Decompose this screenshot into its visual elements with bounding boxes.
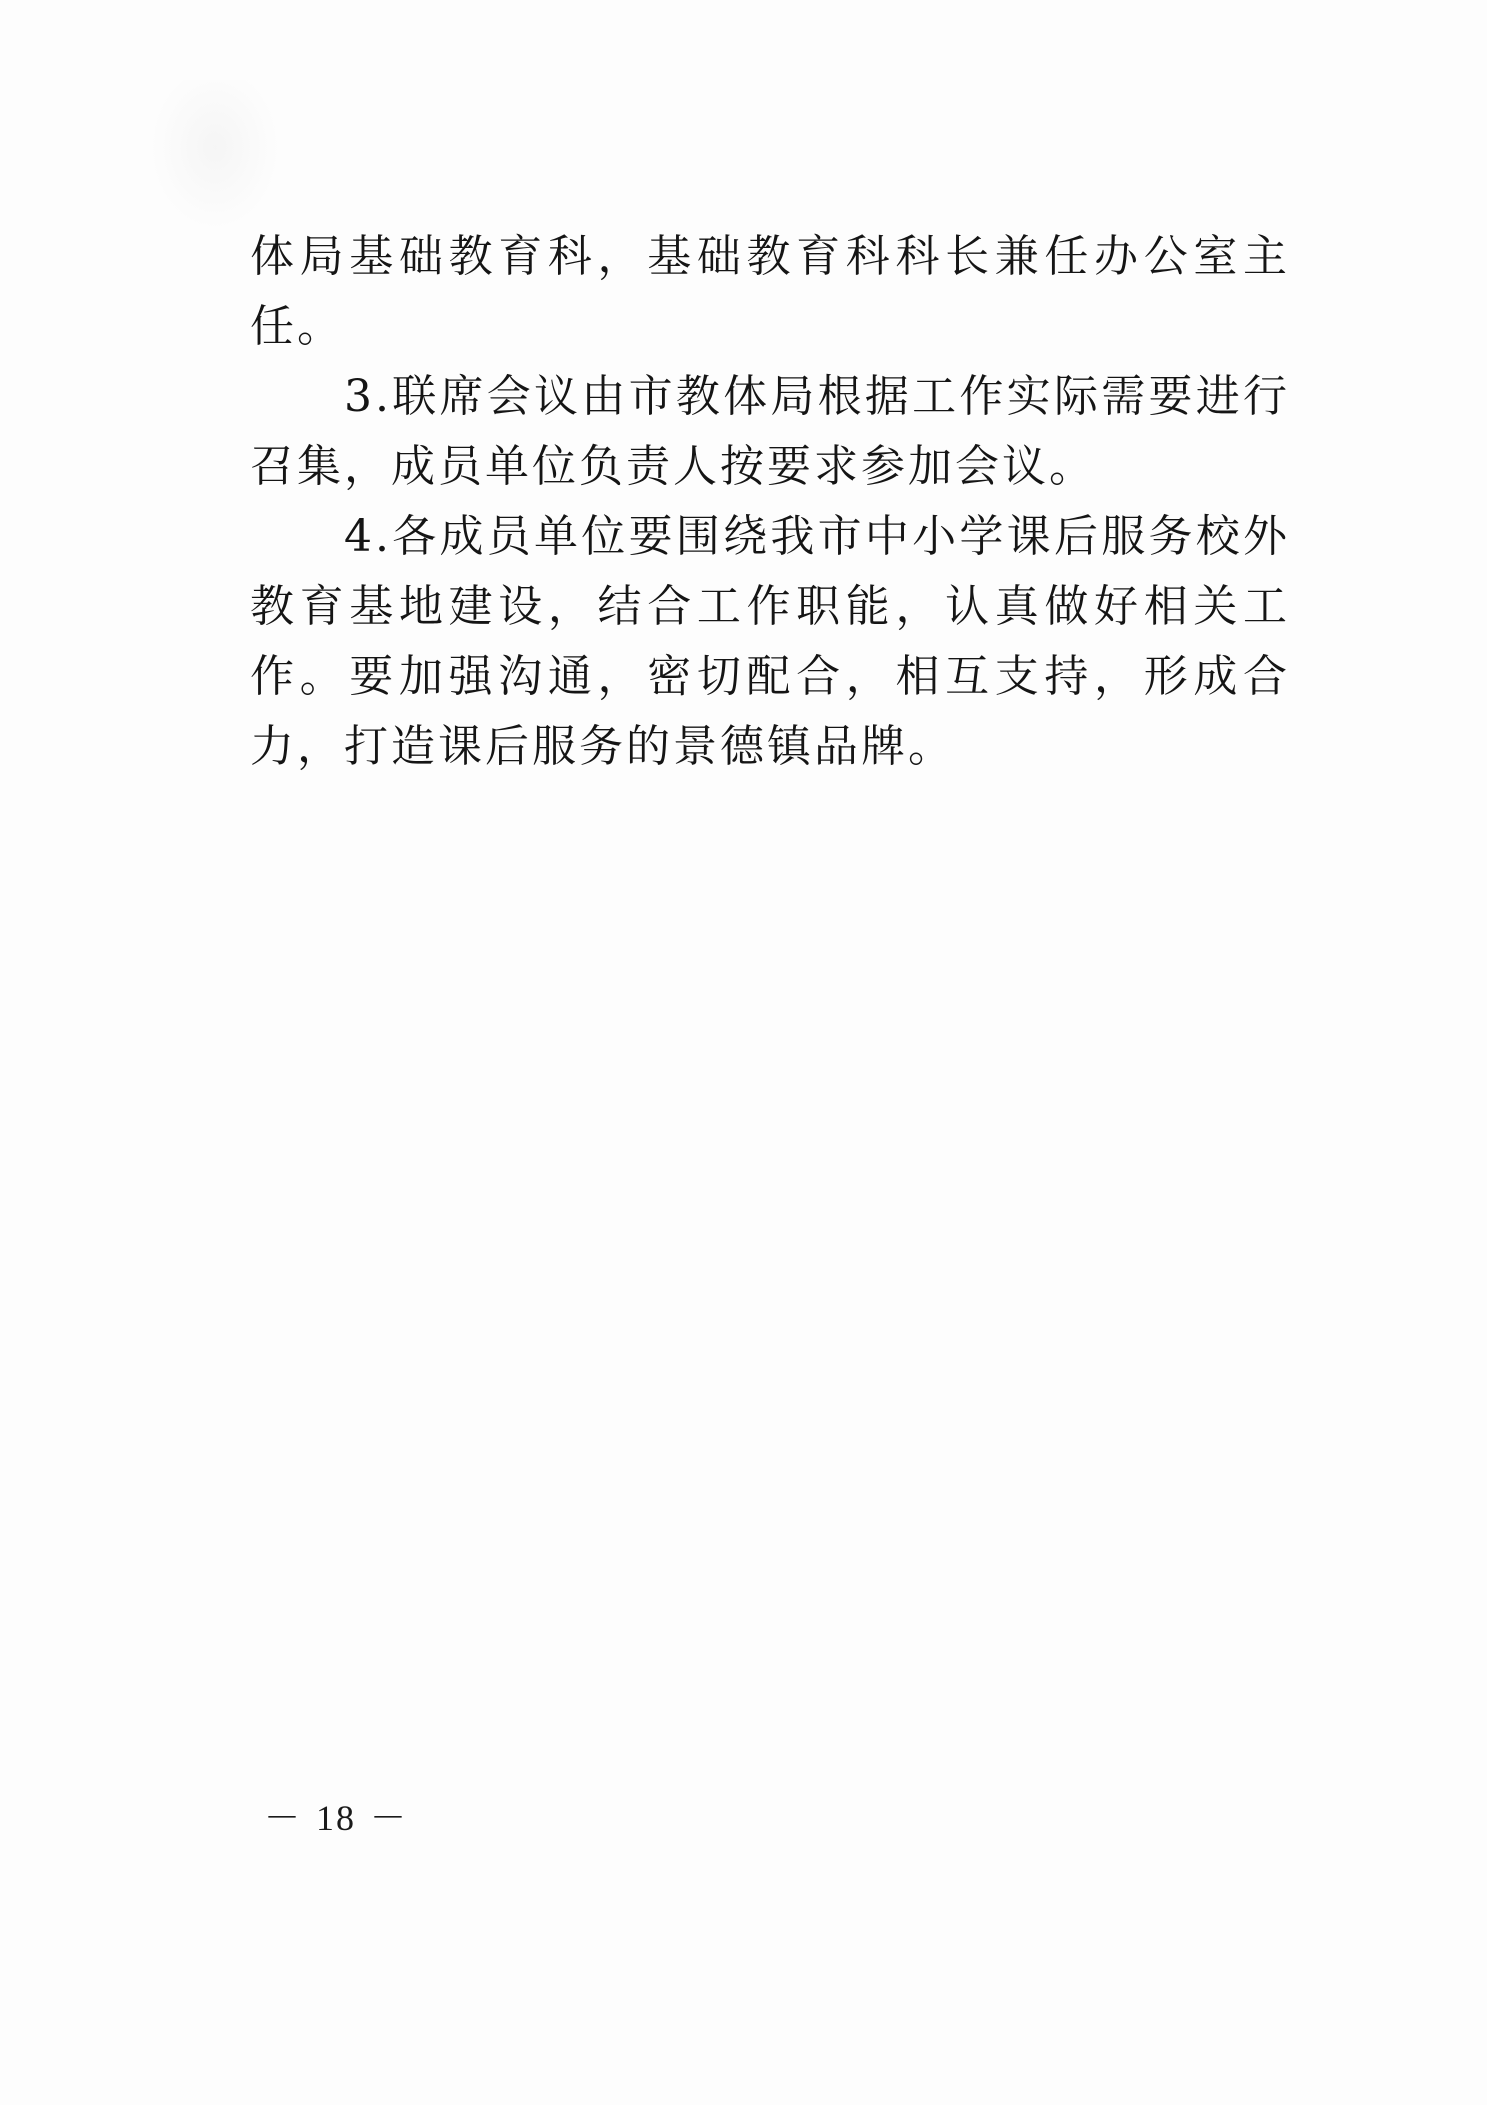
scan-bleed-through [150, 80, 280, 230]
paragraph-item-4: 4.各成员单位要围绕我市中小学课后服务校外教育基地建设，结合工作职能，认真做好相… [250, 502, 1290, 782]
page-number-dash-left: － [264, 1790, 302, 1841]
page-footer: －18－ [250, 1790, 422, 1841]
paragraph-item-3: 3.联席会议由市教体局根据工作实际需要进行召集，成员单位负责人按要求参加会议。 [250, 362, 1290, 502]
page-number: 18 [316, 1798, 356, 1838]
document-page: 体局基础教育科，基础教育科科长兼任办公室主任。 3.联席会议由市教体局根据工作实… [0, 0, 1487, 2105]
paragraph-continued: 体局基础教育科，基础教育科科长兼任办公室主任。 [250, 222, 1290, 362]
page-number-dash-right: － [370, 1790, 408, 1841]
document-body: 体局基础教育科，基础教育科科长兼任办公室主任。 3.联席会议由市教体局根据工作实… [250, 222, 1290, 782]
